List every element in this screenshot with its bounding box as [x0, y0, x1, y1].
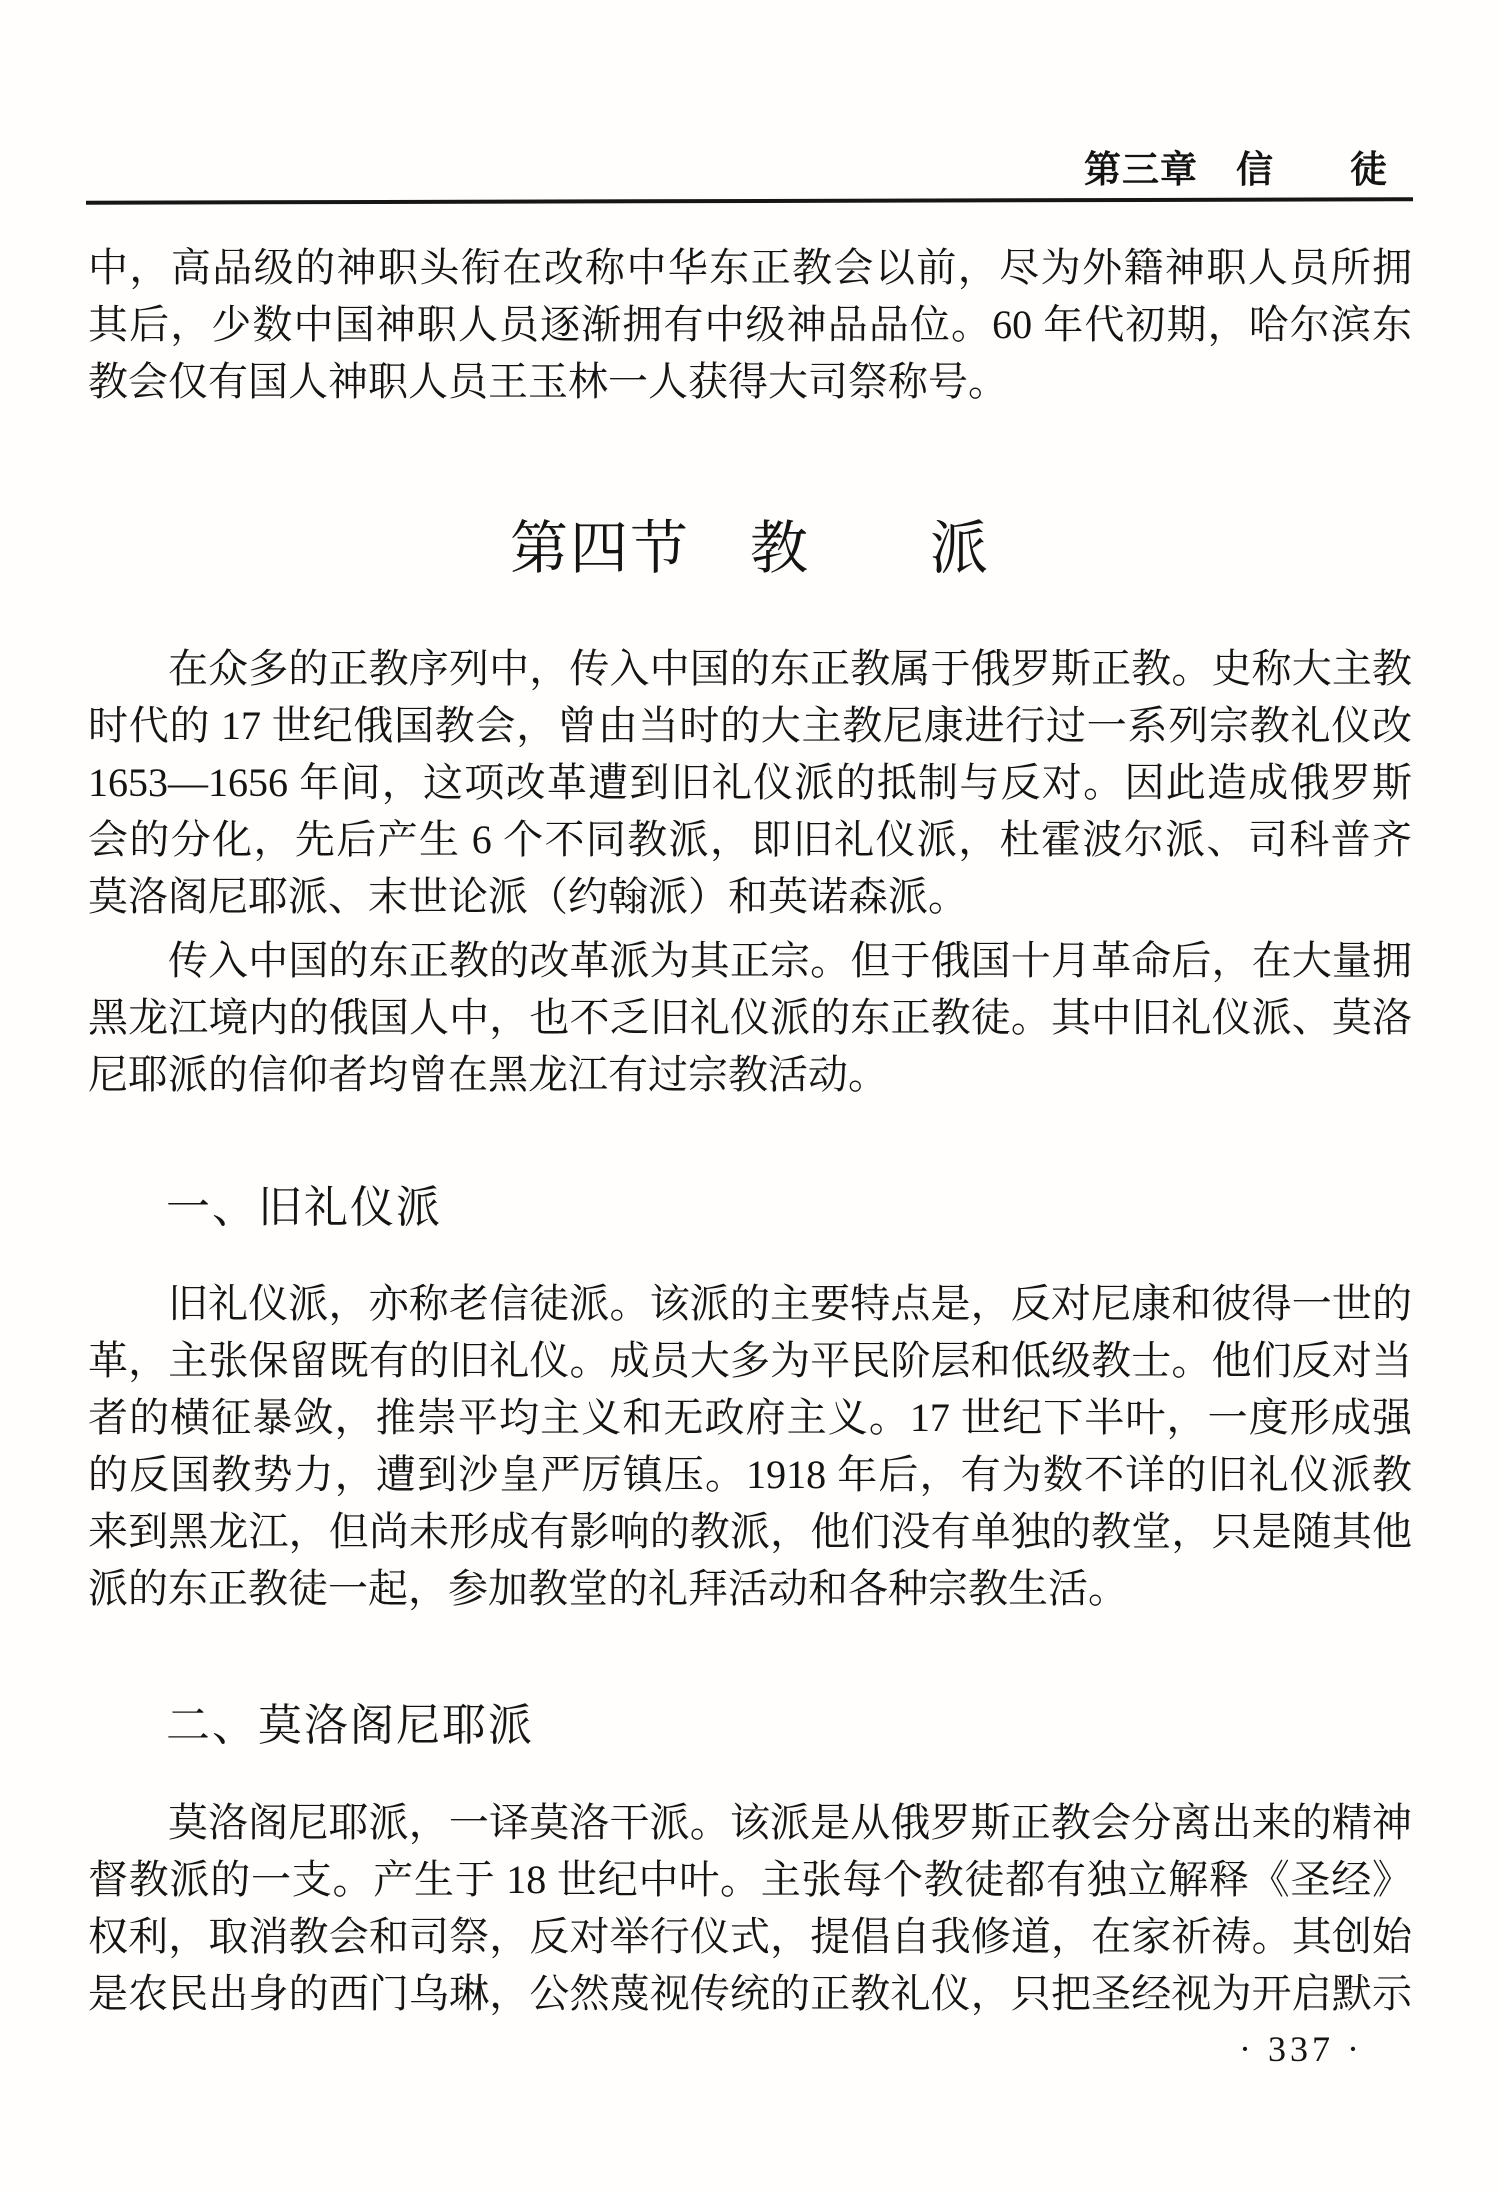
- text-line: 派的东正教徒一起，参加教堂的礼拜活动和各种宗教生活。: [88, 1560, 1412, 1617]
- subsection-heading-old-believers: 一、旧礼仪派: [88, 1179, 1412, 1237]
- text-line: 莫洛阁尼耶派，一译莫洛干派。该派是从俄罗斯正教会分离出来的精神基: [88, 1794, 1412, 1851]
- text-line: 尼耶派的信仰者均曾在黑龙江有过宗教活动。: [88, 1046, 1412, 1103]
- header-rule: [86, 197, 1413, 204]
- text-line: 时代的 17 世纪俄国教会，曾由当时的大主教尼康进行过一系列宗教礼仪改革。: [88, 697, 1412, 754]
- text-line: 革，主张保留既有的旧礼仪。成员大多为平民阶层和低级教士。他们反对当权: [88, 1332, 1412, 1389]
- paragraph-molokan: 莫洛阁尼耶派，一译莫洛干派。该派是从俄罗斯正教会分离出来的精神基 督教派的一支。…: [88, 1794, 1412, 2022]
- subsection-heading-molokan: 二、莫洛阁尼耶派: [88, 1697, 1412, 1755]
- text-line: 是农民出身的西门乌琳，公然蔑视传统的正教礼仪，只把圣经视为开启默示希: [88, 1965, 1412, 2022]
- text-line: 权利，取消教会和司祭，反对举行仪式，提倡自我修道，在家祈祷。其创始人: [88, 1908, 1412, 1965]
- paragraph-continued: 中，高品级的神职头衔在改称中华东正教会以前，尽为外籍神职人员所拥有； 其后，少数…: [88, 239, 1412, 410]
- paragraph-china-intro: 传入中国的东正教的改革派为其正宗。但于俄国十月革命后，在大量拥入 黑龙江境内的俄…: [88, 932, 1412, 1103]
- text-line: 来到黑龙江，但尚未形成有影响的教派，他们没有单独的教堂，只是随其他教: [88, 1503, 1412, 1560]
- text-line: 莫洛阁尼耶派、末世论派（约翰派）和英诺森派。: [88, 868, 1412, 925]
- text-line: 黑龙江境内的俄国人中，也不乏旧礼仪派的东正教徒。其中旧礼仪派、莫洛阁: [88, 989, 1412, 1046]
- text-line: 旧礼仪派，亦称老信徒派。该派的主要特点是，反对尼康和彼得一世的改: [88, 1275, 1412, 1332]
- page-number: · 337 ·: [88, 2026, 1363, 2072]
- text-line: 传入中国的东正教的改革派为其正宗。但于俄国十月革命后，在大量拥入: [88, 932, 1412, 989]
- text-line: 1653—1656 年间，这项改革遭到旧礼仪派的抵制与反对。因此造成俄罗斯正教: [88, 754, 1412, 811]
- text-line: 教会仅有国人神职人员王玉林一人获得大司祭称号。: [88, 353, 1412, 410]
- book-page: 第三章 信 徒 中，高品级的神职头衔在改称中华东正教会以前，尽为外籍神职人员所拥…: [0, 0, 1500, 2191]
- paragraph-old-believers: 旧礼仪派，亦称老信徒派。该派的主要特点是，反对尼康和彼得一世的改 革，主张保留既…: [88, 1275, 1412, 1617]
- text-line: 的反国教势力，遭到沙皇严厉镇压。1918 年后，有为数不详的旧礼仪派教徒: [88, 1446, 1412, 1503]
- text-line: 在众多的正教序列中，传入中国的东正教属于俄罗斯正教。史称大主教制: [88, 640, 1412, 697]
- paragraph-overview: 在众多的正教序列中，传入中国的东正教属于俄罗斯正教。史称大主教制 时代的 17 …: [88, 640, 1412, 925]
- running-header: 第三章 信 徒: [88, 148, 1388, 194]
- text-line: 者的横征暴敛，推崇平均主义和无政府主义。17 世纪下半叶，一度形成强大: [88, 1389, 1412, 1446]
- text-line: 其后，少数中国神职人员逐渐拥有中级神品品位。60 年代初期，哈尔滨东正: [88, 296, 1412, 353]
- section-title: 第四节 教 派: [88, 512, 1412, 586]
- text-line: 会的分化，先后产生 6 个不同教派，即旧礼仪派，杜霍波尔派、司科普齐派、: [88, 811, 1412, 868]
- text-line: 中，高品级的神职头衔在改称中华东正教会以前，尽为外籍神职人员所拥有；: [88, 239, 1412, 296]
- text-line: 督教派的一支。产生于 18 世纪中叶。主张每个教徒都有独立解释《圣经》的: [88, 1851, 1412, 1908]
